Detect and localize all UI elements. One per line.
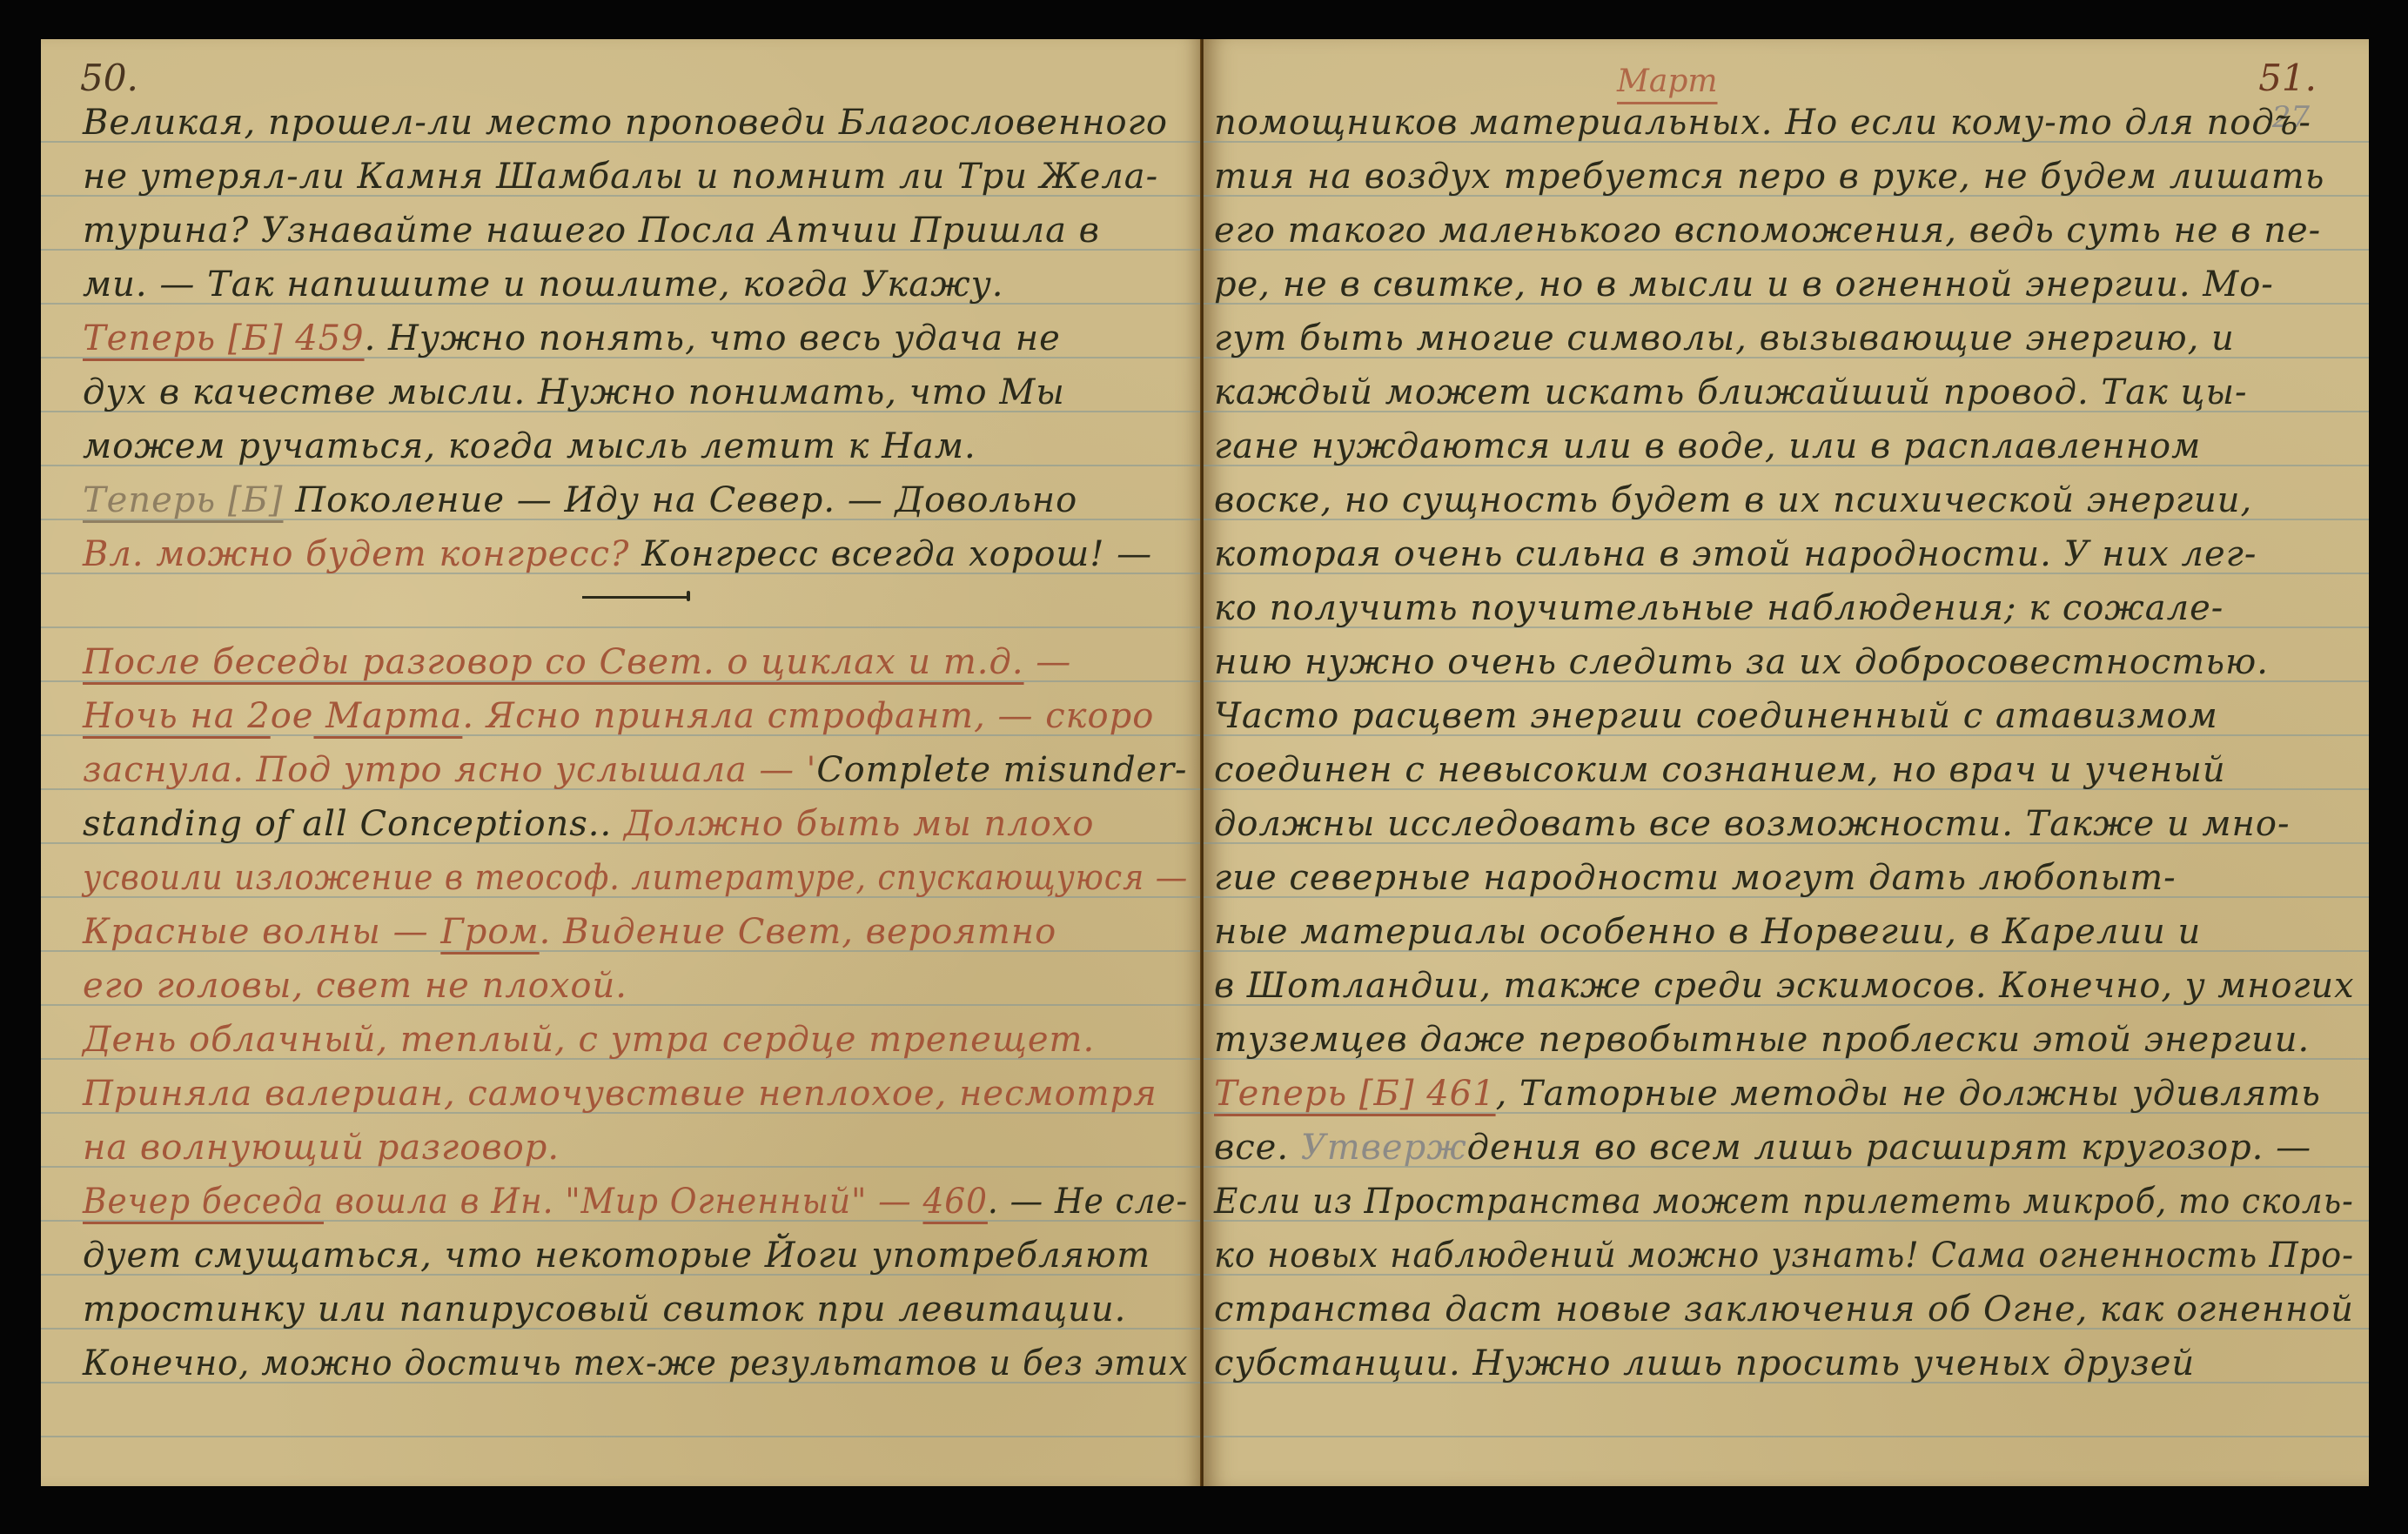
text-segment: ое — [271, 696, 314, 736]
text-line: ко новых наблюдений можно узнать! Сама о… — [1214, 1229, 2305, 1283]
text-line: Красные волны — Гром. Видение Свет, веро… — [83, 905, 1188, 959]
text-segment: ко новых наблюдений можно узнать! Сама о… — [1214, 1236, 2354, 1276]
text-line: заснула. Под утро ясно услышала — 'Compl… — [83, 743, 1178, 797]
ruled-line — [41, 1436, 1201, 1437]
text-segment: гие северные народности могут дать любоп… — [1214, 858, 2177, 898]
text-segment: Часто расцвет энергии соединенный с атав… — [1214, 696, 2218, 736]
underlined-annotation: Теперь [Б] — [83, 480, 284, 520]
text-line: Теперь [Б] 461, Таторные методы не должн… — [1214, 1067, 2354, 1121]
text-segment: Утверж — [1301, 1128, 1467, 1168]
text-line: ко получить поучительные наблюдения; к с… — [1214, 581, 2354, 635]
text-line: Теперь [Б] 459. Нужно понять, что весь у… — [83, 311, 1188, 365]
text-line: не утерял-ли Камня Шамбалы и помнит ли Т… — [83, 150, 1188, 204]
text-segment: субстанции. Нужно лишь просить ученых др… — [1214, 1343, 2195, 1383]
text-segment: гут быть многие символы, вызывающие энер… — [1214, 318, 2235, 358]
underlined-annotation: Теперь [Б] — [83, 318, 284, 358]
text-line: усвоили изложение в теософ. литературе, … — [83, 851, 1092, 905]
underlined-annotation: Гром — [440, 912, 539, 952]
text-segment: странства даст новые заключения об Огне,… — [1214, 1289, 2354, 1330]
text-line: День облачный, теплый, с утра сердце тре… — [83, 1013, 1188, 1067]
text-line: дует смущаться, что некоторые Йоги употр… — [83, 1229, 1188, 1283]
underlined-annotation: 460 — [922, 1182, 987, 1222]
text-segment: ре, не в свитке, но в мысли и в огненной… — [1214, 265, 2274, 305]
text-line: standing of all Conceptions.. Должно быт… — [83, 797, 1188, 851]
text-segment: туземцев даже первобытные проблески этой… — [1214, 1020, 2310, 1060]
text-line: тростинку или папирусовый свиток при лев… — [83, 1283, 1188, 1336]
text-segment: не утерял-ли Камня Шамбалы и помнит ли Т… — [83, 157, 1158, 197]
text-segment: тростинку или папирусовый свиток при лев… — [83, 1289, 1126, 1330]
text-segment: Конгресс всегда хорош! — — [641, 534, 1152, 574]
page-number-left: 50. — [80, 57, 138, 99]
text-line: дух в качестве мысли. Нужно понимать, чт… — [83, 365, 1188, 419]
underlined-annotation: 461 — [1415, 1074, 1496, 1114]
text-segment: должны исследовать все возможности. Такж… — [1214, 804, 2290, 844]
text-line: соединен с невысоким сознанием, но врач … — [1214, 743, 2354, 797]
text-line: все. Утверждения во всем лишь расширят к… — [1214, 1121, 2354, 1175]
text-segment: . Ясно приняла строфант, — скоро — [462, 696, 1154, 736]
text-line: в Шотландии, также среди эскимосов. Коне… — [1214, 959, 2347, 1013]
text-segment: соединен с невысоким сознанием, но врач … — [1214, 750, 2226, 790]
text-segment: дения во всем лишь расширят кругозор. — — [1467, 1128, 2311, 1168]
text-line: ре, не в свитке, но в мысли и в огненной… — [1214, 258, 2354, 311]
text-line: Приняла валериан, самочувствие неплохое,… — [83, 1067, 1188, 1121]
underlined-annotation: Вечер беседа — [83, 1182, 324, 1222]
text-segment: каждый может искать ближайший провод. Та… — [1214, 372, 2248, 412]
text-line: турина? Узнавайте нашего Посла Атчии При… — [83, 204, 1188, 258]
text-line: его головы, свет не плохой. — [83, 959, 1188, 1013]
text-line: туземцев даже первобытные проблески этой… — [1214, 1013, 2354, 1067]
text-segment: . — Не сле- — [988, 1182, 1188, 1222]
text-line: на волнующий разговор. — [83, 1121, 1188, 1175]
text-segment: его головы, свет не плохой. — [83, 966, 627, 1006]
text-line — [83, 581, 1188, 635]
text-segment: можем ручаться, когда мысль летит к Нам. — [83, 426, 976, 466]
text-line: воске, но сущность будет в их психическо… — [1214, 473, 2354, 527]
text-segment: турина? Узнавайте нашего Посла Атчии При… — [83, 211, 1100, 251]
text-segment: его такого маленького вспоможения, ведь … — [1214, 211, 2321, 251]
left-page: 50. Великая, прошел-ли место проповеди Б… — [41, 39, 1201, 1486]
right-page: Март 51. 27 помощников материальных. Но … — [1204, 39, 2369, 1486]
underlined-annotation: Марта — [313, 696, 462, 736]
text-segment: в Шотландии, также среди эскимосов. Коне… — [1214, 966, 2354, 1006]
text-segment: Конечно, можно достичь тех-же результато… — [83, 1343, 1189, 1383]
text-line: каждый может искать ближайший провод. Та… — [1214, 365, 2354, 419]
text-segment: ко получить поучительные наблюдения; к с… — [1214, 588, 2224, 628]
text-line: ные материалы особенно в Норвегии, в Кар… — [1214, 905, 2354, 959]
text-line: Вл. можно будет конгресс? Конгресс всегд… — [83, 527, 1188, 581]
text-segment: на волнующий разговор. — [83, 1128, 560, 1168]
text-line: гие северные народности могут дать любоп… — [1214, 851, 2354, 905]
text-segment: Complete misunder- — [816, 750, 1187, 790]
text-segment: Поколение — Иду на Север. — Довольно — [284, 480, 1078, 520]
text-line: странства даст новые заключения об Огне,… — [1214, 1283, 2350, 1336]
text-segment: . Видение Свет, вероятно — [540, 912, 1057, 952]
underlined-annotation: 459 — [284, 318, 365, 358]
underlined-annotation: После беседы разговор со Свет. о циклах … — [83, 642, 1024, 682]
text-line: Вечер беседа вошла в Ин. "Мир Огненный" … — [83, 1175, 1119, 1229]
text-segment: которая очень сильна в этой народности. … — [1214, 534, 2257, 574]
text-segment: усвоили изложение в теософ. литературе, … — [83, 858, 1188, 898]
text-line: которая очень сильна в этой народности. … — [1214, 527, 2354, 581]
underlined-annotation: Ночь на 2 — [83, 696, 271, 736]
text-line: Ночь на 2ое Марта. Ясно приняла строфант… — [83, 689, 1188, 743]
text-segment: Великая, прошел-ли место проповеди Благо… — [83, 103, 1168, 143]
section-divider — [582, 596, 687, 599]
text-segment: все. — [1214, 1128, 1301, 1168]
text-segment: вошла в Ин. "Мир Огненный" — — [324, 1182, 922, 1222]
text-line: нию нужно очень следить за их добросовес… — [1214, 635, 2354, 689]
text-segment: помощников материальных. Но если кому-то… — [1214, 103, 2311, 143]
text-line: Великая, прошел-ли место проповеди Благо… — [83, 96, 1188, 150]
text-segment: Красные волны — — [83, 912, 440, 952]
text-line: Теперь [Б] Поколение — Иду на Север. — Д… — [83, 473, 1188, 527]
text-line: Конечно, можно достичь тех-же результато… — [83, 1336, 1139, 1390]
text-line: Если из Пространства может прилететь мик… — [1214, 1175, 2284, 1229]
ruled-line — [1204, 1436, 2369, 1437]
text-segment: заснула. Под утро ясно услышала — ' — [83, 750, 816, 790]
text-segment: дух в качестве мысли. Нужно понимать, чт… — [83, 372, 1065, 412]
page-number-right: 51. — [2258, 57, 2317, 99]
text-segment: дует смущаться, что некоторые Йоги употр… — [83, 1236, 1150, 1276]
text-segment: ные материалы особенно в Норвегии, в Кар… — [1214, 912, 2201, 952]
text-segment: , Таторные методы не должны удивлять — [1496, 1074, 2321, 1114]
month-header: Март — [1617, 64, 1718, 99]
text-line: После беседы разговор со Свет. о циклах … — [83, 635, 1188, 689]
text-line: помощников материальных. Но если кому-то… — [1214, 96, 2354, 150]
text-segment: тия на воздух требуется перо в руке, не … — [1214, 157, 2324, 197]
text-segment: воске, но сущность будет в их психическо… — [1214, 480, 2252, 520]
text-segment: гане нуждаются или в воде, или в расплав… — [1214, 426, 2201, 466]
text-segment: — — [1024, 642, 1072, 682]
underlined-annotation: Теперь [Б] — [1214, 1074, 1415, 1114]
text-segment: standing of all Conceptions.. — [83, 804, 612, 844]
text-line: гут быть многие символы, вызывающие энер… — [1214, 311, 2354, 365]
text-line: Часто расцвет энергии соединенный с атав… — [1214, 689, 2354, 743]
text-segment: Вл. можно будет конгресс? — [83, 534, 641, 574]
text-segment: ми. — Так напишите и пошлите, когда Укаж… — [83, 265, 1003, 305]
text-segment: нию нужно очень следить за их добросовес… — [1214, 642, 2269, 682]
text-line: субстанции. Нужно лишь просить ученых др… — [1214, 1336, 2354, 1390]
text-line: ми. — Так напишите и пошлите, когда Укаж… — [83, 258, 1188, 311]
text-line: гане нуждаются или в воде, или в расплав… — [1214, 419, 2354, 473]
text-line: должны исследовать все возможности. Такж… — [1214, 797, 2354, 851]
text-line: можем ручаться, когда мысль летит к Нам. — [83, 419, 1188, 473]
text-segment: . Нужно понять, что весь удача не — [365, 318, 1061, 358]
text-segment: Должно быть мы плохо — [612, 804, 1094, 844]
text-segment: День облачный, теплый, с утра сердце тре… — [83, 1020, 1095, 1060]
text-line: его такого маленького вспоможения, ведь … — [1214, 204, 2354, 258]
text-segment: Если из Пространства может прилететь мик… — [1214, 1182, 2354, 1222]
text-segment: Приняла валериан, самочувствие неплохое,… — [83, 1074, 1157, 1114]
text-line: тия на воздух требуется перо в руке, не … — [1214, 150, 2354, 204]
